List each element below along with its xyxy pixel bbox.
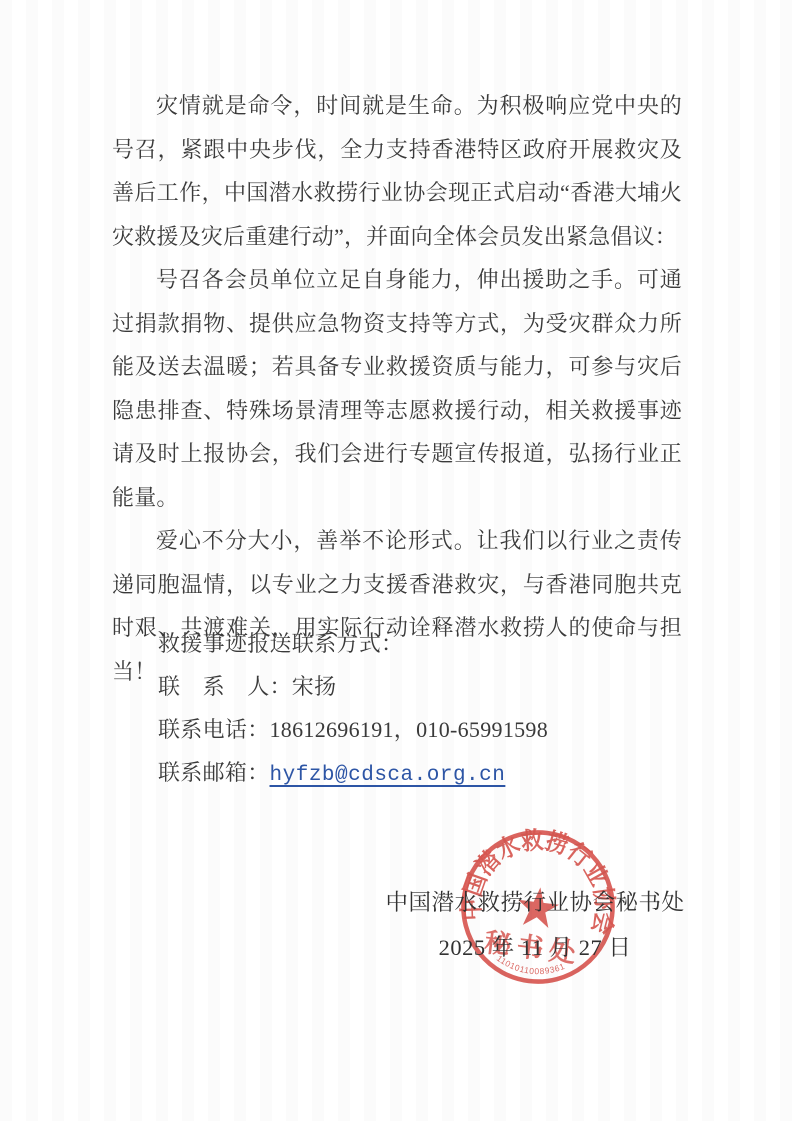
signature-org: 中国潜水救捞行业协会秘书处 <box>378 882 692 924</box>
paragraph-2: 号召各会员单位立足自身能力，伸出援助之手。可通过捐款捐物、提供应急物资支持等方式… <box>112 258 682 519</box>
contact-block: 救援事迹报送联系方式： 联 系 人：宋扬 联系电话：18612696191，01… <box>158 622 548 797</box>
contact-phone: 联系电话：18612696191，010-65991598 <box>158 708 548 751</box>
signature-date: 2025 年 11 月 27 日 <box>378 927 692 969</box>
contact-email-label: 联系邮箱： <box>158 760 270 785</box>
email-link[interactable]: hyfzb@cdsca.org.cn <box>270 764 506 787</box>
letter-body: 灾情就是命令，时间就是生命。为积极响应党中央的号召，紧跟中央步伐，全力支持香港特… <box>112 84 682 693</box>
document-page: 灾情就是命令，时间就是生命。为积极响应党中央的号召，紧跟中央步伐，全力支持香港特… <box>0 0 793 1121</box>
paragraph-1: 灾情就是命令，时间就是生命。为积极响应党中央的号召，紧跟中央步伐，全力支持香港特… <box>112 84 682 258</box>
signature-block: 中国潜水救捞行业协会秘书处 2025 年 11 月 27 日 <box>378 882 692 969</box>
contact-person: 联 系 人：宋扬 <box>158 665 548 708</box>
contact-email-line: 联系邮箱：hyfzb@cdsca.org.cn <box>158 751 548 797</box>
contact-heading: 救援事迹报送联系方式： <box>158 622 548 665</box>
